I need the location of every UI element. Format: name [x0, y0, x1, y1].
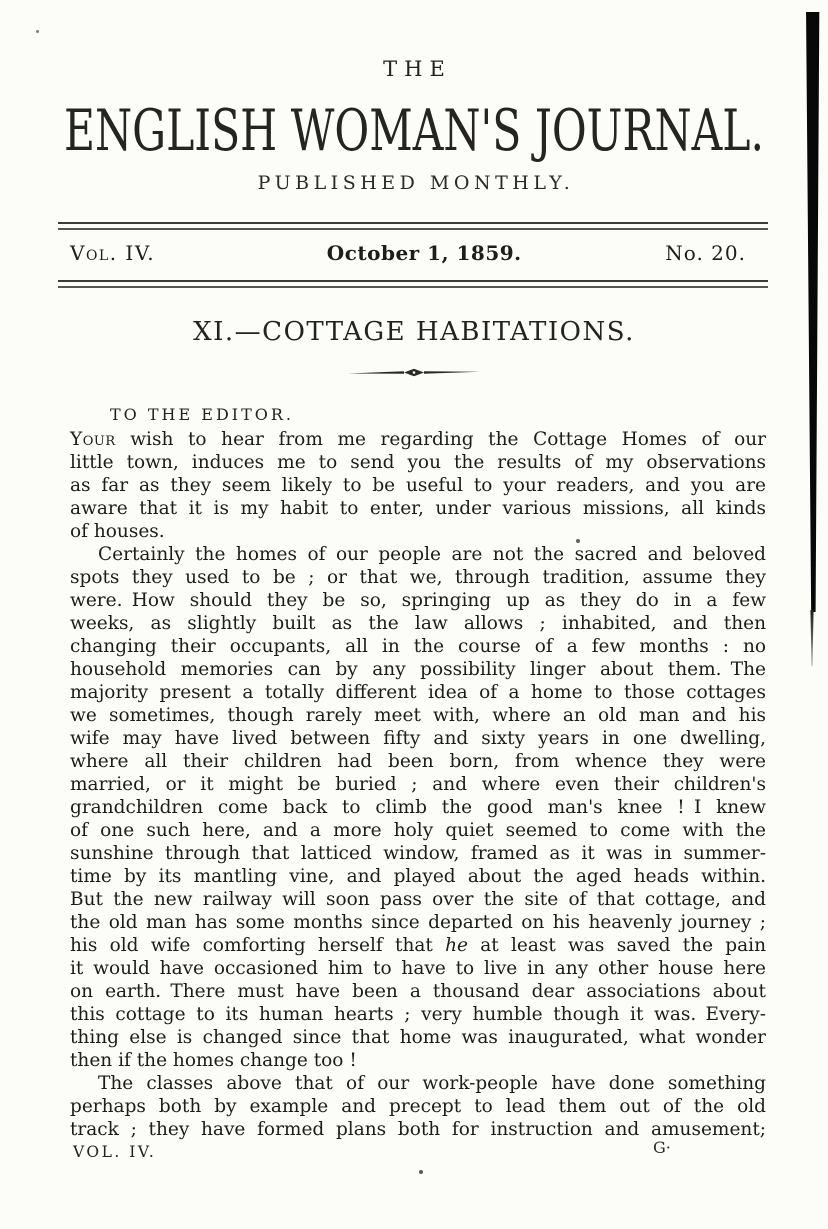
body-line: aware that it is my habit to enter, unde… — [70, 497, 766, 520]
body-line: the old man has some months since depart… — [70, 911, 766, 934]
journal-page-scan: THE ENGLISH WOMAN'S JOURNAL. PUBLISHED M… — [0, 0, 828, 1229]
body-line: The classes above that of our work-peopl… — [70, 1072, 766, 1095]
footer-volume: VOL. IV. — [73, 1143, 156, 1161]
body-line: where all their children had been born, … — [70, 750, 766, 773]
body-line: of one such here, and a more holy quiet … — [70, 819, 766, 842]
body-line: wife may have lived between fifty and si… — [70, 727, 766, 750]
body-line: time by its mantling vine, and played ab… — [70, 865, 766, 888]
body-line: sunshine through that latticed window, f… — [70, 842, 766, 865]
body-line: changing their occupants, all in the cou… — [70, 635, 766, 658]
body-line: were. How should they be so, springing u… — [70, 589, 766, 612]
scan-speck — [36, 30, 39, 33]
signature-mark: G· — [653, 1138, 671, 1157]
scan-speck — [576, 539, 580, 543]
body-line: thing else is changed since that home wa… — [70, 1026, 766, 1049]
body-line: we sometimes, though rarely meet with, w… — [70, 704, 766, 727]
body-line: it would have occasioned him to have to … — [70, 957, 766, 980]
masthead-subtitle: PUBLISHED MONTHLY. — [0, 172, 828, 194]
article-heading: XI.—COTTAGE HABITATIONS. — [0, 317, 828, 347]
double-rule-top — [58, 222, 768, 230]
body-line: weeks, as slightly built as the law allo… — [70, 612, 766, 635]
body-line: his old wife comforting herself that he … — [70, 934, 766, 957]
issue-date: October 1, 1859. — [327, 241, 522, 265]
body-line: majority present a totally different ide… — [70, 681, 766, 704]
issue-number: No. 20. — [665, 241, 746, 265]
body-line: on earth. There must have been a thousan… — [70, 980, 766, 1003]
article-body: Your wish to hear from me regarding the … — [70, 428, 766, 1141]
body-line: then if the homes change too ! — [70, 1049, 766, 1072]
body-line: as far as they seem likely to be useful … — [70, 474, 766, 497]
body-line: spots they used to be ; or that we, thro… — [70, 566, 766, 589]
masthead-title: ENGLISH WOMAN'S JOURNAL. — [0, 92, 828, 166]
volume-label: Vol. IV. — [70, 241, 155, 265]
body-line: this cottage to its human hearts ; very … — [70, 1003, 766, 1026]
scan-edge-artifact-tail — [810, 610, 814, 666]
body-line: household memories can by any possibilit… — [70, 658, 766, 681]
body-line: married, or it might be buried ; and whe… — [70, 773, 766, 796]
body-line: of houses. — [70, 520, 766, 543]
body-line: grandchildren come back to climb the goo… — [70, 796, 766, 819]
body-line: But the new railway will soon pass over … — [70, 888, 766, 911]
body-line: Certainly the homes of our people are no… — [70, 543, 766, 566]
double-rule-bottom — [58, 280, 768, 288]
masthead-kicker: THE — [0, 57, 828, 81]
body-line: Your wish to hear from me regarding the … — [70, 428, 766, 451]
issue-line: Vol. IV. October 1, 1859. No. 20. — [70, 241, 746, 265]
body-line: little town, induces me to send you the … — [70, 451, 766, 474]
swelled-rule-ornament — [348, 366, 480, 378]
scan-speck — [419, 1170, 423, 1174]
salutation: TO THE EDITOR. — [110, 405, 294, 424]
body-line: perhaps both by example and precept to l… — [70, 1095, 766, 1118]
masthead-title-text: ENGLISH WOMAN'S JOURNAL. — [64, 98, 764, 164]
